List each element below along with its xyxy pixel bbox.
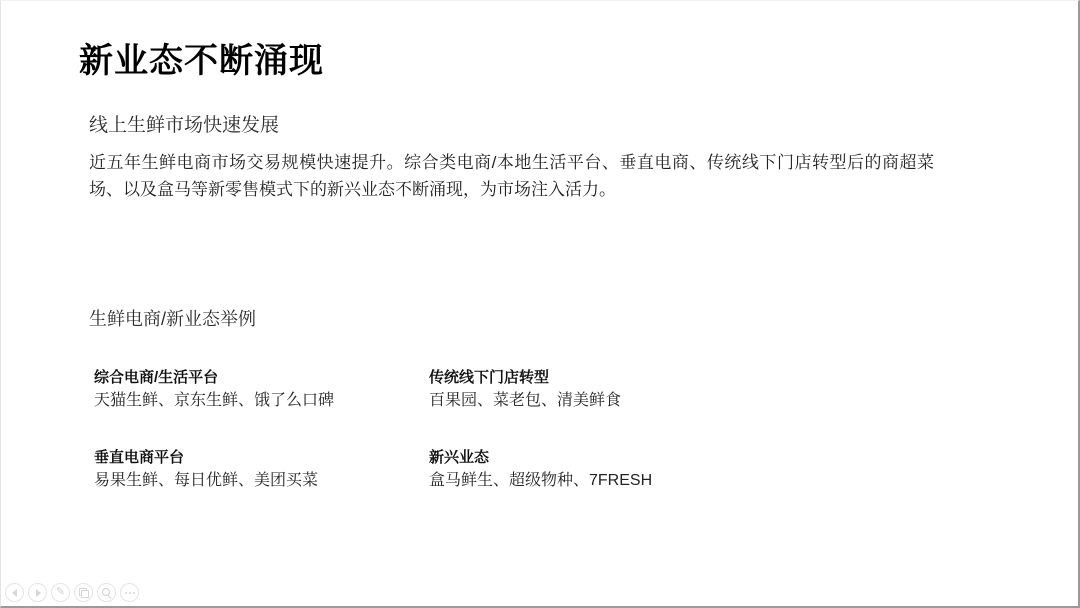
- section-label: 生鲜电商/新业态举例: [89, 307, 256, 332]
- category-name: 新兴业态: [429, 447, 764, 468]
- slide-thumbnails-button[interactable]: [74, 583, 93, 602]
- category-examples: 天猫生鲜、京东生鲜、饿了么口碑: [94, 390, 429, 412]
- chevron-right-icon: [36, 589, 41, 597]
- zoom-button[interactable]: [97, 583, 116, 602]
- slide-subtitle: 线上生鲜市场快速发展: [89, 113, 279, 139]
- presentation-viewer: 新业态不断涌现 线上生鲜市场快速发展 近五年生鲜电商市场交易规模快速提升。综合类…: [0, 0, 1080, 608]
- next-slide-button[interactable]: [28, 583, 47, 602]
- category-examples: 易果生鲜、每日优鲜、美团买菜: [94, 470, 429, 492]
- category-grid: 综合电商/生活平台 天猫生鲜、京东生鲜、饿了么口碑 传统线下门店转型 百果园、菜…: [94, 367, 764, 492]
- category-name: 垂直电商平台: [94, 447, 429, 468]
- copy-icon: [79, 588, 88, 597]
- category-block-offline-transformation: 传统线下门店转型 百果园、菜老包、清美鲜食: [429, 367, 764, 412]
- category-examples: 盒马鲜生、超级物种、7FRESH: [429, 470, 764, 492]
- pen-icon: ✎: [56, 587, 65, 598]
- slide-paragraph: 近五年生鲜电商市场交易规模快速提升。综合类电商/本地生活平台、垂直电商、传统线下…: [89, 149, 934, 203]
- presenter-toolbar: ✎: [5, 583, 139, 602]
- category-block-emerging-formats: 新兴业态 盒马鲜生、超级物种、7FRESH: [429, 447, 764, 492]
- more-options-button[interactable]: [120, 583, 139, 602]
- slide-title: 新业态不断涌现: [79, 39, 324, 83]
- annotate-button[interactable]: ✎: [51, 583, 70, 602]
- chevron-left-icon: [12, 589, 17, 597]
- category-name: 综合电商/生活平台: [94, 367, 429, 388]
- category-examples: 百果园、菜老包、清美鲜食: [429, 390, 764, 412]
- more-icon: [125, 592, 135, 594]
- category-block-vertical-ecommerce: 垂直电商平台 易果生鲜、每日优鲜、美团买菜: [94, 447, 429, 492]
- magnifier-icon: [102, 588, 111, 597]
- category-name: 传统线下门店转型: [429, 367, 764, 388]
- category-block-integrated-ecommerce: 综合电商/生活平台 天猫生鲜、京东生鲜、饿了么口碑: [94, 367, 429, 412]
- previous-slide-button[interactable]: [5, 583, 24, 602]
